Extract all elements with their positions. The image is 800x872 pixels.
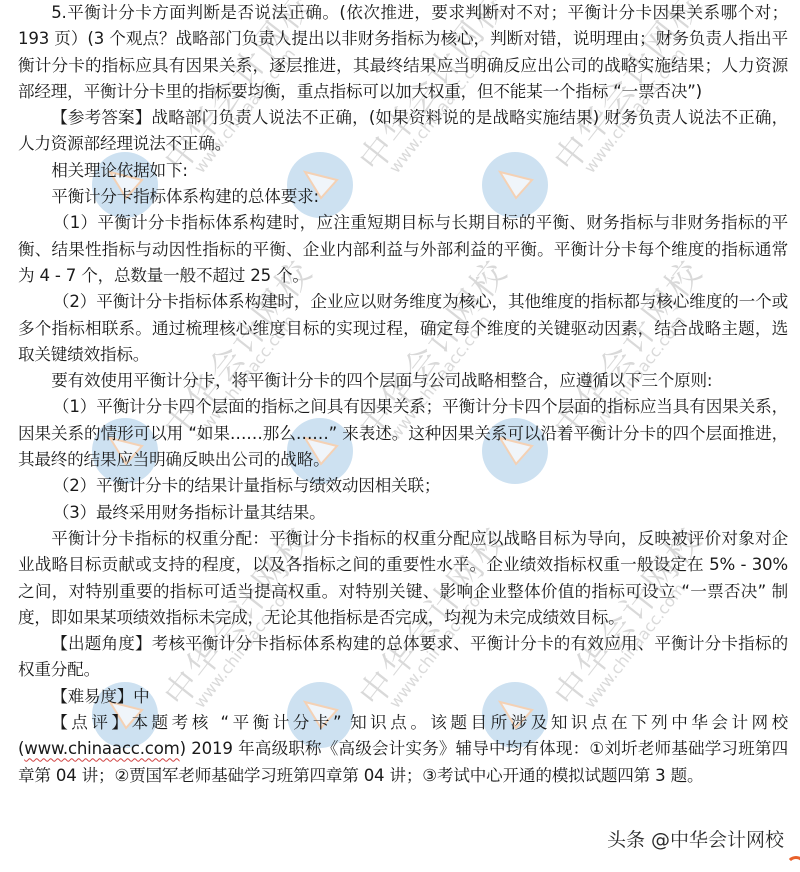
difficulty: 【难易度】中 bbox=[18, 684, 788, 710]
difficulty-label: 【难易度】 bbox=[51, 687, 133, 706]
principle-item: （3）最终采用财务指标计量其结果。 bbox=[18, 500, 788, 526]
principle-item: （1）平衡计分卡四个层面的指标之间具有因果关系；平衡计分卡四个层面的指标应当具有… bbox=[18, 394, 788, 473]
comment-label: 【点评】 bbox=[51, 713, 131, 732]
comment: 【点评】本题考核 “平衡计分卡” 知识点。该题目所涉及知识点在下列中华会计网校 … bbox=[18, 710, 788, 789]
question-heading: 5.平衡计分卡方面判断是否说法正确。(依次推进，要求判断对不对；平衡计分卡因果关… bbox=[18, 0, 788, 105]
weighting-paragraph: 平衡计分卡指标的权重分配：平衡计分卡指标的权重分配应以战略目标为导向，反映被评价… bbox=[18, 526, 788, 631]
angle-label: 【出题角度】 bbox=[51, 634, 152, 653]
corner-badge-icon bbox=[786, 856, 800, 872]
question-angle: 【出题角度】考核平衡计分卡指标体系构建的总体要求、平衡计分卡的有效应用、平衡计分… bbox=[18, 631, 788, 684]
answer-label: 【参考答案】 bbox=[51, 108, 151, 127]
document-body: 5.平衡计分卡方面判断是否说法正确。(依次推进，要求判断对不对；平衡计分卡因果关… bbox=[0, 0, 800, 789]
principles-intro: 要有效使用平衡计分卡，将平衡计分卡的四个层面与公司战略相整合，应遵循以下三个原则… bbox=[18, 368, 788, 394]
chinaacc-link[interactable]: www.chinaacc.com bbox=[24, 739, 179, 758]
requirement-item: （2）平衡计分卡指标体系构建时，企业应以财务维度为核心，其他维度的指标都与核心维… bbox=[18, 289, 788, 368]
difficulty-value: 中 bbox=[133, 687, 149, 706]
reference-answer: 【参考答案】战略部门负责人说法不正确，(如果资料说的是战略实施结果) 财务负责人… bbox=[18, 105, 788, 158]
theory-intro: 相关理论依据如下: bbox=[18, 158, 788, 184]
principle-item: （2）平衡计分卡的结果计量指标与绩效动因相关联； bbox=[18, 473, 788, 499]
requirement-item: （1）平衡计分卡指标体系构建时，应注重短期目标与长期目标的平衡、财务指标与非财务… bbox=[18, 210, 788, 289]
requirements-title: 平衡计分卡指标体系构建的总体要求: bbox=[18, 184, 788, 210]
source-watermark: 头条 @中华会计网校 bbox=[607, 825, 784, 852]
